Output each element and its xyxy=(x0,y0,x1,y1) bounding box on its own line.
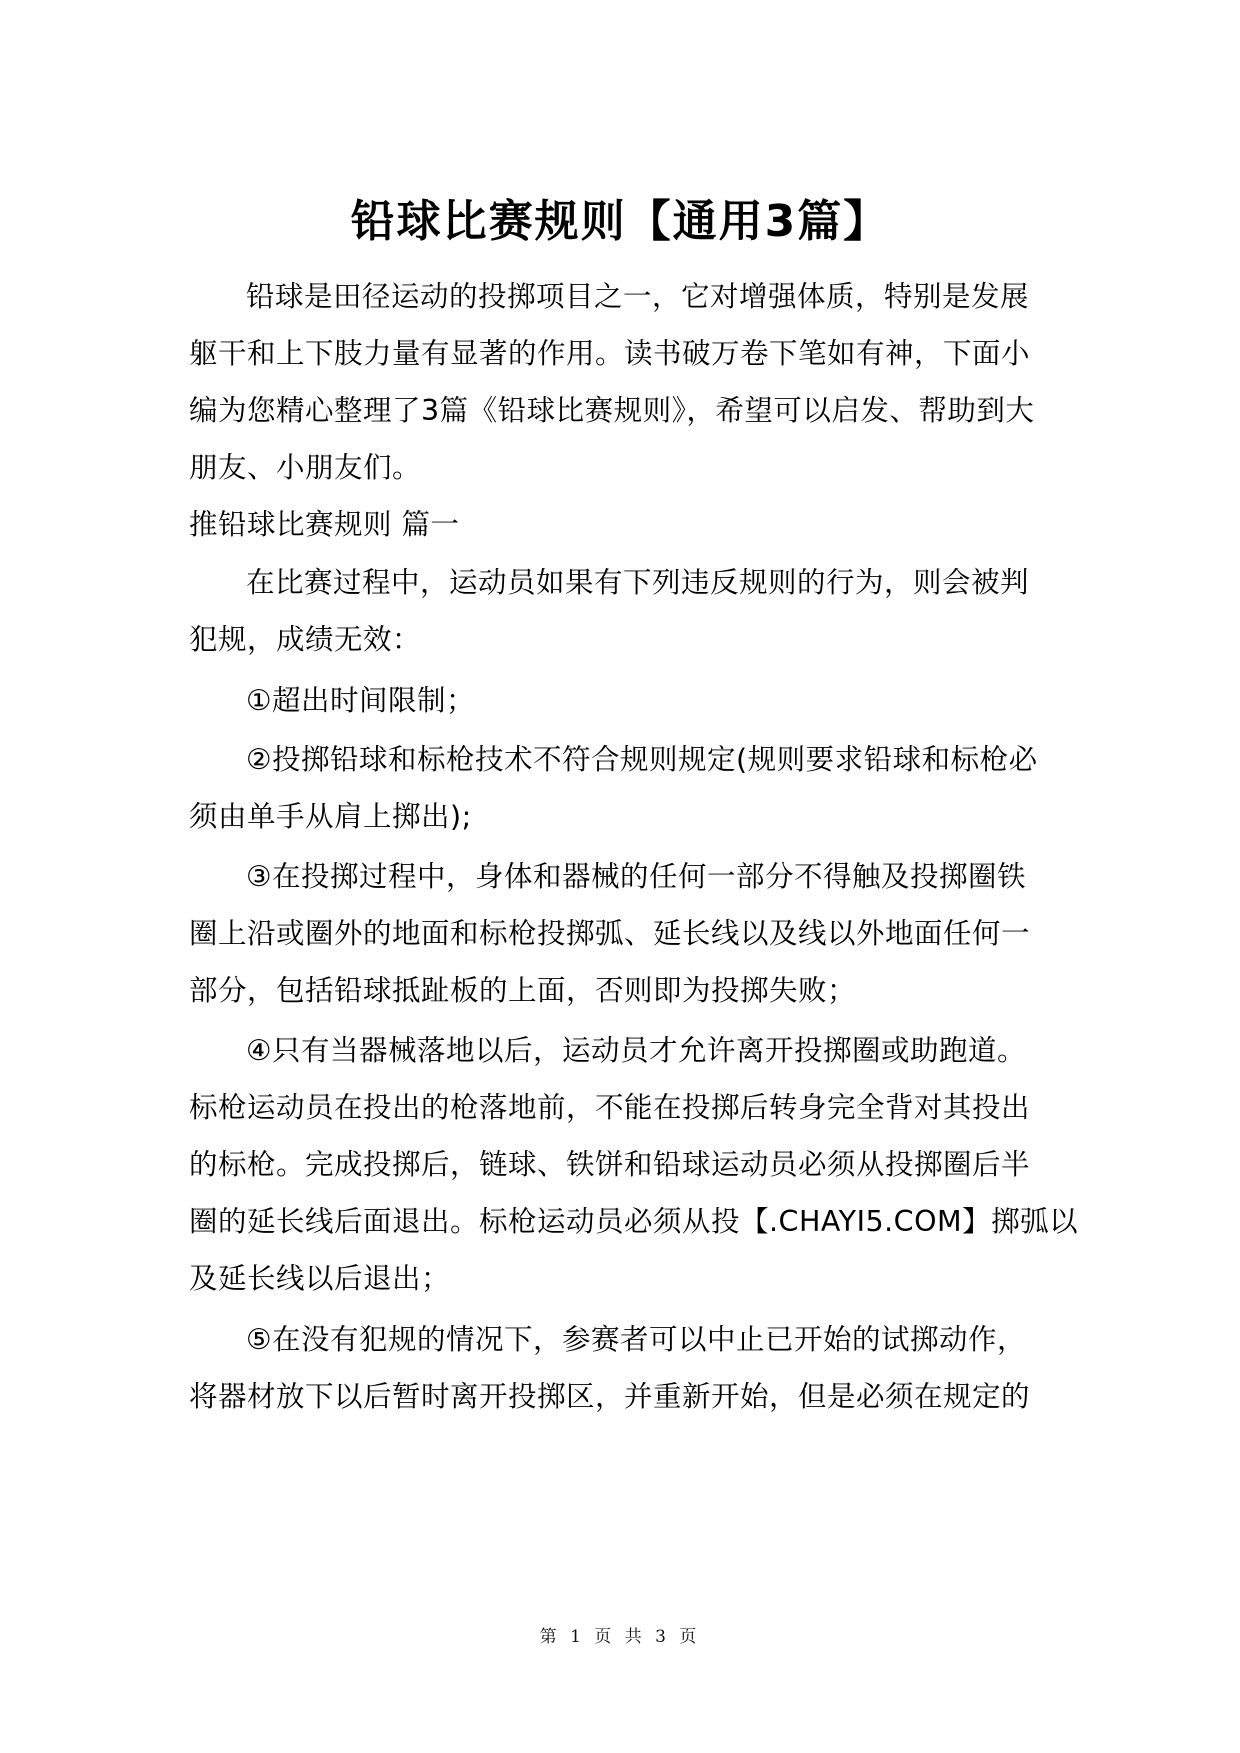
paragraph-line: 圈的延长线后面退出。标枪运动员必须从投【.CHAYI5.COM】掷弧以 xyxy=(189,1202,1078,1242)
rule-item: ②投掷铅球和标枪技术不符合规则规定(规则要求铅球和标枪必 xyxy=(246,740,1038,780)
section-heading: 推铅球比赛规则 篇一 xyxy=(189,505,460,545)
rule-item: ③在投掷过程中，身体和器械的任何一部分不得触及投掷圈铁 xyxy=(246,857,1026,897)
paragraph-line: 将器材放下以后暂时离开投掷区，并重新开始，但是必须在规定的 xyxy=(189,1377,1030,1417)
page-indicator: 第 1 页 共 3 页 xyxy=(0,1622,1240,1647)
rule-item: ①超出时间限制； xyxy=(246,681,475,721)
paragraph-line: 标枪运动员在投出的枪落地前，不能在投掷后转身完全背对其投出 xyxy=(189,1088,1030,1128)
document-title: 铅球比赛规则【通用3篇】 xyxy=(0,192,1240,252)
paragraph-line: 躯干和上下肢力量有显著的作用。读书破万卷下笔如有神，下面小 xyxy=(189,334,1030,374)
paragraph-line: 在比赛过程中，运动员如果有下列违反规则的行为，则会被判 xyxy=(246,563,1029,603)
paragraph-line: 及延长线以后退出； xyxy=(189,1259,450,1299)
paragraph-line: 须由单手从肩上掷出); xyxy=(189,797,472,837)
paragraph-line: 编为您精心整理了3篇《铅球比赛规则》，希望可以启发、帮助到大 xyxy=(189,391,1034,431)
rule-item: ④只有当器械落地以后，运动员才允许离开投掷圈或助跑道。 xyxy=(246,1031,1026,1071)
paragraph-line: 铅球是田径运动的投掷项目之一，它对增强体质，特别是发展 xyxy=(246,277,1029,317)
paragraph-line: 的标枪。完成投掷后，链球、铁饼和铅球运动员必须从投掷圈后半 xyxy=(189,1145,1030,1185)
rule-item: ⑤在没有犯规的情况下，参赛者可以中止已开始的试掷动作， xyxy=(246,1320,1026,1360)
paragraph-line: 犯规，成绩无效： xyxy=(189,620,421,660)
paragraph-line: 部分，包括铅球抵趾板的上面，否则即为投掷失败； xyxy=(189,971,856,1011)
paragraph-line: 圈上沿或圈外的地面和标枪投掷弧、延长线以及线以外地面任何一 xyxy=(189,914,1030,954)
paragraph-line: 朋友、小朋友们。 xyxy=(189,448,421,488)
